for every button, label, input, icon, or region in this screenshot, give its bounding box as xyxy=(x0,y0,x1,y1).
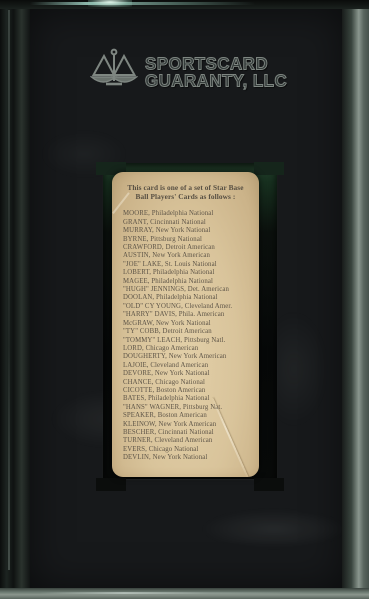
checklist-entry: EVERS, Chicago National xyxy=(123,446,259,454)
checklist-entry: "HANS" WAGNER, Pittsburg Nat. xyxy=(123,404,259,412)
checklist-entry: "JOE" LAKE, St. Louis National xyxy=(123,261,259,269)
card-checklist: MOORE, Philadelphia National GRANT, Cinc… xyxy=(112,210,259,462)
checklist-entry: TURNER, Cleveland American xyxy=(123,437,259,445)
card-window: This card is one of a set of Star Base B… xyxy=(103,163,277,479)
checklist-entry: MURRAY, New York National xyxy=(123,227,259,235)
checklist-entry: CHANCE, Chicago National xyxy=(123,379,259,387)
window-corner-notch xyxy=(254,162,284,175)
window-corner-notch xyxy=(254,478,284,491)
card-header-line1: This card is one of a set of Star Base xyxy=(112,183,259,192)
checklist-entry: "TY" COBB, Detroit American xyxy=(123,328,259,336)
checklist-entry: "HUGH" JENNINGS, Det. American xyxy=(123,286,259,294)
checklist-entry: LAJOIE, Cleveland American xyxy=(123,362,259,370)
brand-line2: GUARANTY, LLC xyxy=(145,73,287,90)
checklist-entry: BATES, Philadelphia National xyxy=(123,395,259,403)
checklist-entry: CICOTTE, Boston American xyxy=(123,387,259,395)
checklist-entry: BESCHER, Cincinnati National xyxy=(123,429,259,437)
brand-name: SPORTSCARD GUARANTY, LLC xyxy=(145,56,287,89)
checklist-entry: BYRNE, Pittsburg National xyxy=(123,236,259,244)
light-reflection xyxy=(88,0,132,7)
slab-edge-right xyxy=(342,0,369,599)
brand-logo: SPORTSCARD GUARANTY, LLC xyxy=(90,48,287,97)
checklist-entry: AUSTIN, New York American xyxy=(123,252,259,260)
checklist-entry: DOUGHERTY, New York American xyxy=(123,353,259,361)
scuff-mark xyxy=(199,509,349,549)
checklist-entry: "OLD" CY YOUNG, Cleveland Amer. xyxy=(123,303,259,311)
card-header-line2: Ball Players' Cards as follows : xyxy=(112,192,259,201)
checklist-entry: LOBERT, Philadelphia National xyxy=(123,269,259,277)
checklist-entry: CRAWFORD, Detroit American xyxy=(123,244,259,252)
checklist-entry: "HARRY" DAVIS, Phila. American xyxy=(123,311,259,319)
slab-edge-bottom xyxy=(0,588,369,599)
checklist-entry: MOORE, Philadelphia National xyxy=(123,210,259,218)
graded-card-slab-photo: SPORTSCARD GUARANTY, LLC This card is on… xyxy=(0,0,369,599)
light-reflection xyxy=(30,2,255,5)
slab-edge-left xyxy=(0,0,30,599)
checklist-entry: DOOLAN, Philadelphia National xyxy=(123,294,259,302)
checklist-entry: SPEAKER, Boston American xyxy=(123,412,259,420)
checklist-entry: LORD, Chicago American xyxy=(123,345,259,353)
checklist-entry: "TOMMY" LEACH, Pittsburg Natl. xyxy=(123,337,259,345)
card-header: This card is one of a set of Star Base B… xyxy=(112,172,259,201)
balance-scales-icon xyxy=(90,48,138,97)
card-back: This card is one of a set of Star Base B… xyxy=(112,172,259,477)
checklist-entry: GRANT, Cincinnati National xyxy=(123,219,259,227)
checklist-entry: MAGEE, Philadelphia National xyxy=(123,278,259,286)
checklist-entry: DEVORE, New York National xyxy=(123,370,259,378)
checklist-entry: KLEINOW, New York American xyxy=(123,421,259,429)
checklist-entry: McGRAW, New York National xyxy=(123,320,259,328)
window-corner-notch xyxy=(96,478,126,491)
